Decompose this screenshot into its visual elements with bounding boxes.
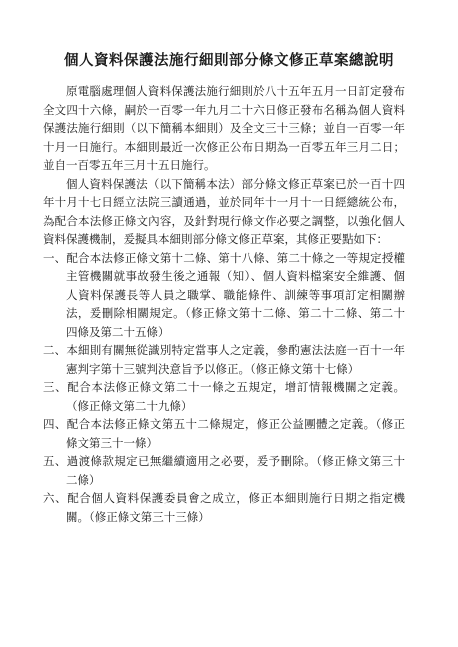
list-item: 三、配合本法修正條文第二十一條之五規定，增訂情報機關之定義。（修正條文第二十九條…	[43, 378, 405, 415]
list-item-marker: 一、	[43, 251, 66, 265]
list-item-text: 配合本法修正條文第十二條、第十八條、第二十條之一等規定授權主管機關就事故發生後之…	[66, 251, 405, 339]
document-body: 原電腦處理個人資料保護法施行細則於八十五年五月一日訂定發布全文四十六條，嗣於一百…	[43, 82, 405, 526]
list-item-text: 過渡條款規定已無繼續適用之必要，爰予刪除。（修正條文第三十二條）	[66, 454, 405, 487]
page-title: 個人資料保護法施行細則部分條文修正草案總說明	[0, 51, 458, 71]
paragraph-intro-history: 原電腦處理個人資料保護法施行細則於八十五年五月一日訂定發布全文四十六條，嗣於一百…	[43, 82, 405, 175]
list-item-text: 配合本法修正條文第二十一條之五規定，增訂情報機關之定義。（修正條文第二十九條）	[66, 380, 405, 413]
list-item-marker: 三、	[43, 380, 67, 394]
list-item-marker: 六、	[43, 491, 67, 505]
list-item-text: 配合個人資料保護委員會之成立，修正本細則施行日期之指定機關。（修正條文第三十三條…	[66, 491, 405, 524]
list-item-text: 本細則有關無從識別特定當事人之定義，參酌憲法法庭一百十一年憲判字第十三號判決意旨…	[66, 343, 405, 376]
document-page: 個人資料保護法施行細則部分條文修正草案總說明 原電腦處理個人資料保護法施行細則於…	[0, 0, 458, 647]
list-item-marker: 五、	[43, 454, 67, 468]
amendment-points-list: 一、配合本法修正條文第十二條、第十八條、第二十條之一等規定授權主管機關就事故發生…	[43, 249, 405, 527]
paragraph-amendment-background: 個人資料保護法（以下簡稱本法）部分條文修正草案已於一百十四年十月十七日經立法院三…	[43, 175, 405, 249]
list-item-marker: 四、	[43, 417, 67, 431]
list-item-marker: 二、	[43, 343, 66, 357]
list-item-text: 配合本法修正條文第五十二條規定，修正公益團體之定義。（修正條文第三十一條）	[66, 417, 405, 450]
list-item: 一、配合本法修正條文第十二條、第十八條、第二十條之一等規定授權主管機關就事故發生…	[43, 249, 405, 342]
list-item: 四、配合本法修正條文第五十二條規定，修正公益團體之定義。（修正條文第三十一條）	[43, 415, 405, 452]
list-item: 六、配合個人資料保護委員會之成立，修正本細則施行日期之指定機關。（修正條文第三十…	[43, 489, 405, 526]
list-item: 二、本細則有關無從識別特定當事人之定義，參酌憲法法庭一百十一年憲判字第十三號判決…	[43, 341, 405, 378]
list-item: 五、過渡條款規定已無繼續適用之必要，爰予刪除。（修正條文第三十二條）	[43, 452, 405, 489]
